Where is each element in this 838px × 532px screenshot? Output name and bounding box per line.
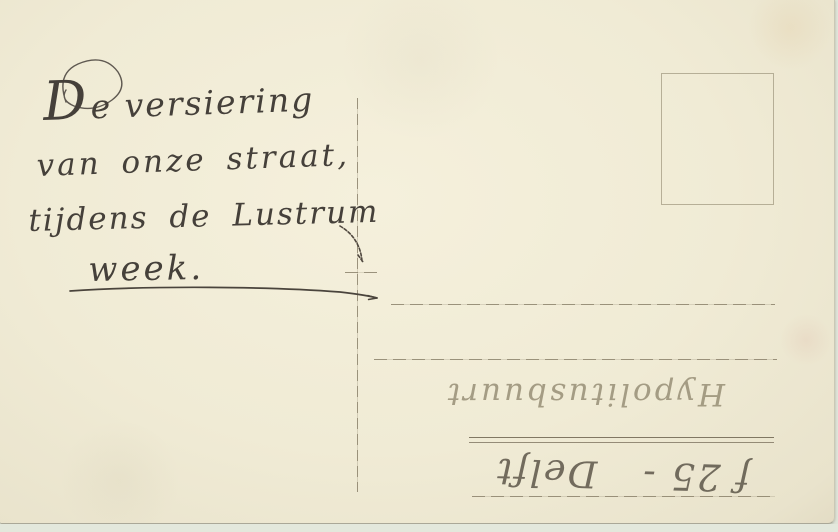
flourish-arrow-tip bbox=[368, 296, 377, 300]
address-double-rule bbox=[469, 437, 774, 443]
address-line-1 bbox=[391, 304, 775, 305]
price-value: f 25 - bbox=[641, 454, 751, 500]
stamp-box bbox=[661, 73, 774, 205]
address-line-2 bbox=[374, 359, 777, 360]
divider-tick-mark bbox=[345, 272, 377, 273]
message-line-1: De versiering bbox=[42, 61, 315, 133]
postcard-paper: De versiering van onze straat, tijdens d… bbox=[0, 0, 835, 524]
place-name: Delft bbox=[495, 450, 598, 496]
lustrum-tail-squiggle bbox=[340, 226, 363, 262]
scan-background-strip bbox=[0, 524, 838, 532]
message-line-3-start: tijdens de bbox=[28, 198, 212, 239]
message-line-3-lustrum: Lustrum bbox=[232, 194, 380, 234]
pencil-street-annotation-upside-down: Hypolitusbuurt bbox=[425, 364, 725, 412]
message-line-2: van onze straat, bbox=[36, 137, 351, 184]
dealer-price-annotation-upside-down: f 25 - Delft bbox=[477, 442, 750, 507]
message-line-3: tijdens de Lustrum bbox=[28, 194, 380, 239]
scanned-postcard-back: De versiering van onze straat, tijdens d… bbox=[0, 0, 838, 532]
center-divider-line bbox=[357, 98, 358, 492]
message-line-4: week. bbox=[88, 248, 204, 290]
